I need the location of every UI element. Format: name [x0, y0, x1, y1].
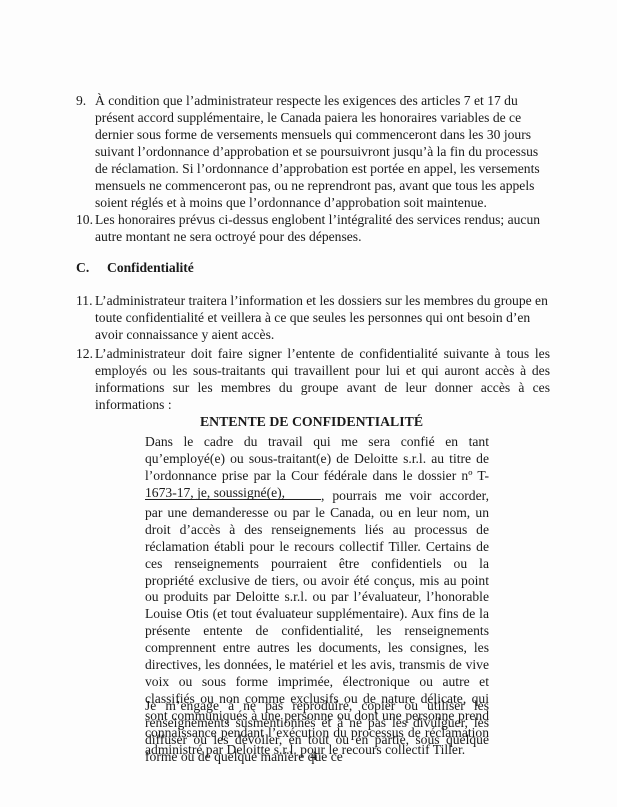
paragraph-12: 12. L’administrateur doit faire signer l…: [76, 345, 550, 413]
paragraph-11: 11. L’administrateur traitera l’informat…: [76, 292, 550, 343]
paragraph-text: À condition que l’administrateur respect…: [95, 92, 550, 211]
paragraph-text: L’administrateur traitera l’information …: [95, 292, 550, 343]
section-letter: C.: [76, 259, 107, 276]
paragraph-number: 11.: [76, 292, 93, 309]
signature-name-blank[interactable]: [145, 488, 321, 500]
paragraph-text: Les honoraires prévus ci-dessus engloben…: [95, 211, 550, 245]
document-page: 9. À condition que l’administrateur resp…: [0, 0, 617, 807]
paragraph-number: 9.: [76, 92, 86, 109]
agreement-title: ENTENTE DE CONFIDENTIALITÉ: [0, 413, 617, 430]
page-number: 4: [0, 748, 617, 764]
paragraph-10: 10. Les honoraires prévus ci-dessus engl…: [76, 211, 550, 245]
paragraph-number: 12.: [76, 345, 93, 362]
paragraph-number: 10.: [76, 211, 93, 228]
section-title: Confidentialité: [107, 260, 194, 275]
section-heading: C.Confidentialité: [76, 259, 194, 276]
paragraph-9: 9. À condition que l’administrateur resp…: [76, 92, 550, 211]
paragraph-text: L’administrateur doit faire signer l’ent…: [95, 345, 550, 413]
